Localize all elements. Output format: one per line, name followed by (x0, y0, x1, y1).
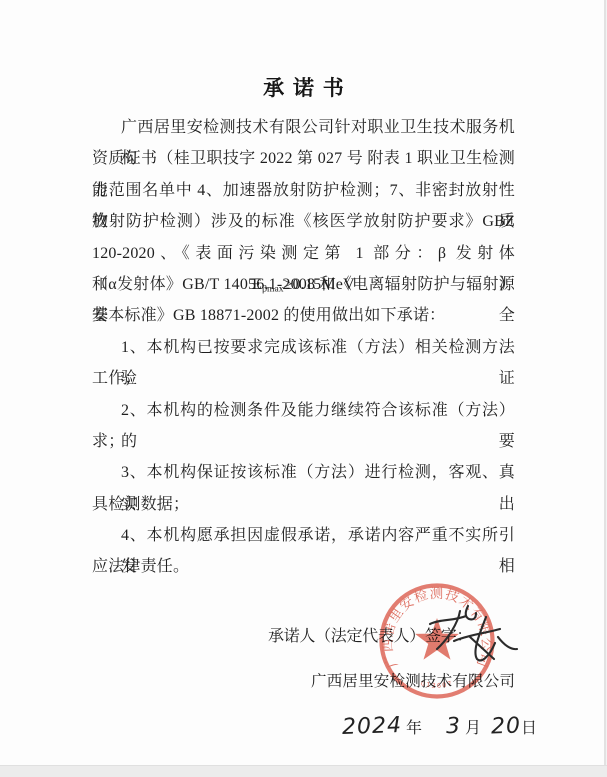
body-line: 1、本机构已按要求完成该标准（方法）相关检测方法验证 (92, 332, 515, 363)
scan-edge-bottom (0, 765, 607, 777)
body-line: 2、本机构的检测条件及能力继续符合该标准（方法）的要 (92, 395, 515, 426)
body-line: 放射防护检测）涉及的标准《核医学放射防护要求》GBZ (92, 206, 515, 237)
body-line: 120-2020、《表面污染测定第 1 部分：β 发射体（Eβmax≥0.15M… (92, 238, 515, 269)
date-month-unit: 月 (465, 714, 481, 744)
date-month-handwritten: 3 (445, 712, 461, 743)
date-line: 2024年 3月 20日 (342, 712, 537, 744)
date-day-handwritten: 20 (491, 711, 522, 742)
body-line: 3、本机构保证按该标准（方法）进行检测，客观、真实出 (92, 457, 515, 488)
date-year-unit: 年 (406, 714, 422, 744)
scanned-page: 承诺书 广西居里安检测技术有限公司针对职业卫生技术服务机构 资质证书（桂卫职技字… (0, 0, 607, 777)
page-title: 承诺书 (0, 72, 607, 102)
body-line: 4、本机构愿承担因虚假承诺，承诺内容严重不实所引发相 (92, 520, 515, 551)
body-line: 资质证书（桂卫职技字 2022 第 027 号 附表 1 职业卫生检测能 (92, 143, 515, 174)
signer-label: 承诺人（法定代表人）签字： (268, 626, 472, 648)
date-day-unit: 日 (521, 720, 537, 737)
body-line: 和α发射体》GB/T 14056.1-2008 和《电离辐射防护与辐射源安全 (92, 269, 515, 300)
body-line: 广西居里安检测技术有限公司针对职业卫生技术服务机构 (92, 112, 515, 143)
document-body: 广西居里安检测技术有限公司针对职业卫生技术服务机构 资质证书（桂卫职技字 202… (92, 112, 515, 583)
body-line: 力范围名单中 4、加速器放射防护检测；7、非密封放射性物质 (92, 175, 515, 206)
date-year-handwritten: 2024 (341, 711, 402, 743)
company-name: 广西居里安检测技术有限公司 (311, 671, 515, 693)
